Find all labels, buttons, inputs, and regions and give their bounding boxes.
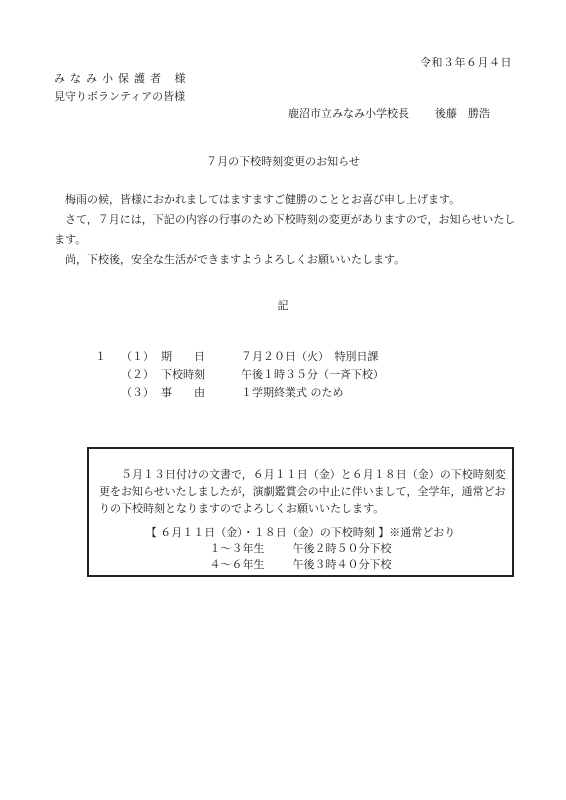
details-list: １ （１） 期 日 ７月２０日（火） 特別日課 （２） 下校時刻 午後１時３５分…	[95, 347, 384, 401]
schedule-row-lower: １～３年生 午後２時５０分下校	[89, 541, 512, 557]
detail-row-time: （２） 下校時刻 午後１時３５分（一斉下校）	[95, 365, 384, 383]
body-text: 梅雨の候，皆様におかれましてはますますご健勝のこととお喜び申し上げます。 さて，…	[54, 190, 524, 270]
greeting-paragraph: 梅雨の候，皆様におかれましてはますますご健勝のこととお喜び申し上げます。	[54, 190, 524, 210]
detail-row-reason: （３） 事 由 １学期終業式 のため	[95, 383, 384, 401]
sender-name: 後藤 勝浩	[435, 107, 490, 120]
detail-label: 下校時刻	[161, 369, 241, 380]
notice-paragraph: ５月１３日付けの文書で，６月１１日（金）と６月１８日（金）の下校時刻変更をお知ら…	[99, 466, 509, 517]
document-date: 令和３年６月４日	[420, 57, 512, 68]
sub-number: （３）	[121, 387, 161, 398]
detail-value: 午後１時３５分（一斉下校）	[241, 369, 384, 380]
sub-number: （１）	[121, 351, 161, 362]
document-title: ７月の下校時刻変更のお知らせ	[0, 156, 566, 167]
dismissal-time: 午後２時５０分下校	[293, 541, 392, 557]
detail-row-date: １ （１） 期 日 ７月２０日（火） 特別日課	[95, 347, 384, 365]
recipient-parents: みなみ小保護者 様	[54, 73, 191, 84]
closing-paragraph: 尚，下校後，安全な生活ができますようよろしくお願いいたします。	[54, 250, 524, 270]
grade-range: １～３年生	[210, 541, 265, 557]
recipient-volunteers: 見守りボランティアの皆様	[54, 91, 185, 102]
grade-range: ４～６年生	[210, 557, 265, 573]
detail-label: 期 日	[161, 351, 241, 362]
announcement-paragraph: さて，７月には，下記の内容の行事のため下校時刻の変更がありますので，お知らせいた…	[54, 210, 524, 250]
detail-label: 事 由	[161, 387, 241, 398]
item-number: １	[95, 351, 121, 362]
dismissal-time: 午後３時４０分下校	[293, 557, 392, 573]
sender: 鹿沼市立みなみ小学校長後藤 勝浩	[288, 108, 490, 119]
schedule-heading: 【 ６月１１日（金）・１８日（金）の下校時刻 】※通常どおり	[89, 525, 512, 541]
schedule-row-upper: ４～６年生 午後３時４０分下校	[89, 557, 512, 573]
normal-schedule: 【 ６月１１日（金）・１８日（金）の下校時刻 】※通常どおり １～３年生 午後２…	[89, 525, 512, 573]
ki-heading: 記	[0, 300, 566, 311]
notice-box: ５月１３日付けの文書で，６月１１日（金）と６月１８日（金）の下校時刻変更をお知ら…	[87, 447, 514, 577]
detail-value: １学期終業式 のため	[241, 387, 344, 398]
sub-number: （２）	[121, 369, 161, 380]
detail-value: ７月２０日（火） 特別日課	[241, 351, 379, 362]
notice-text: ５月１３日付けの文書で，６月１１日（金）と６月１８日（金）の下校時刻変更をお知ら…	[99, 466, 509, 517]
sender-organization: 鹿沼市立みなみ小学校長	[288, 107, 409, 120]
